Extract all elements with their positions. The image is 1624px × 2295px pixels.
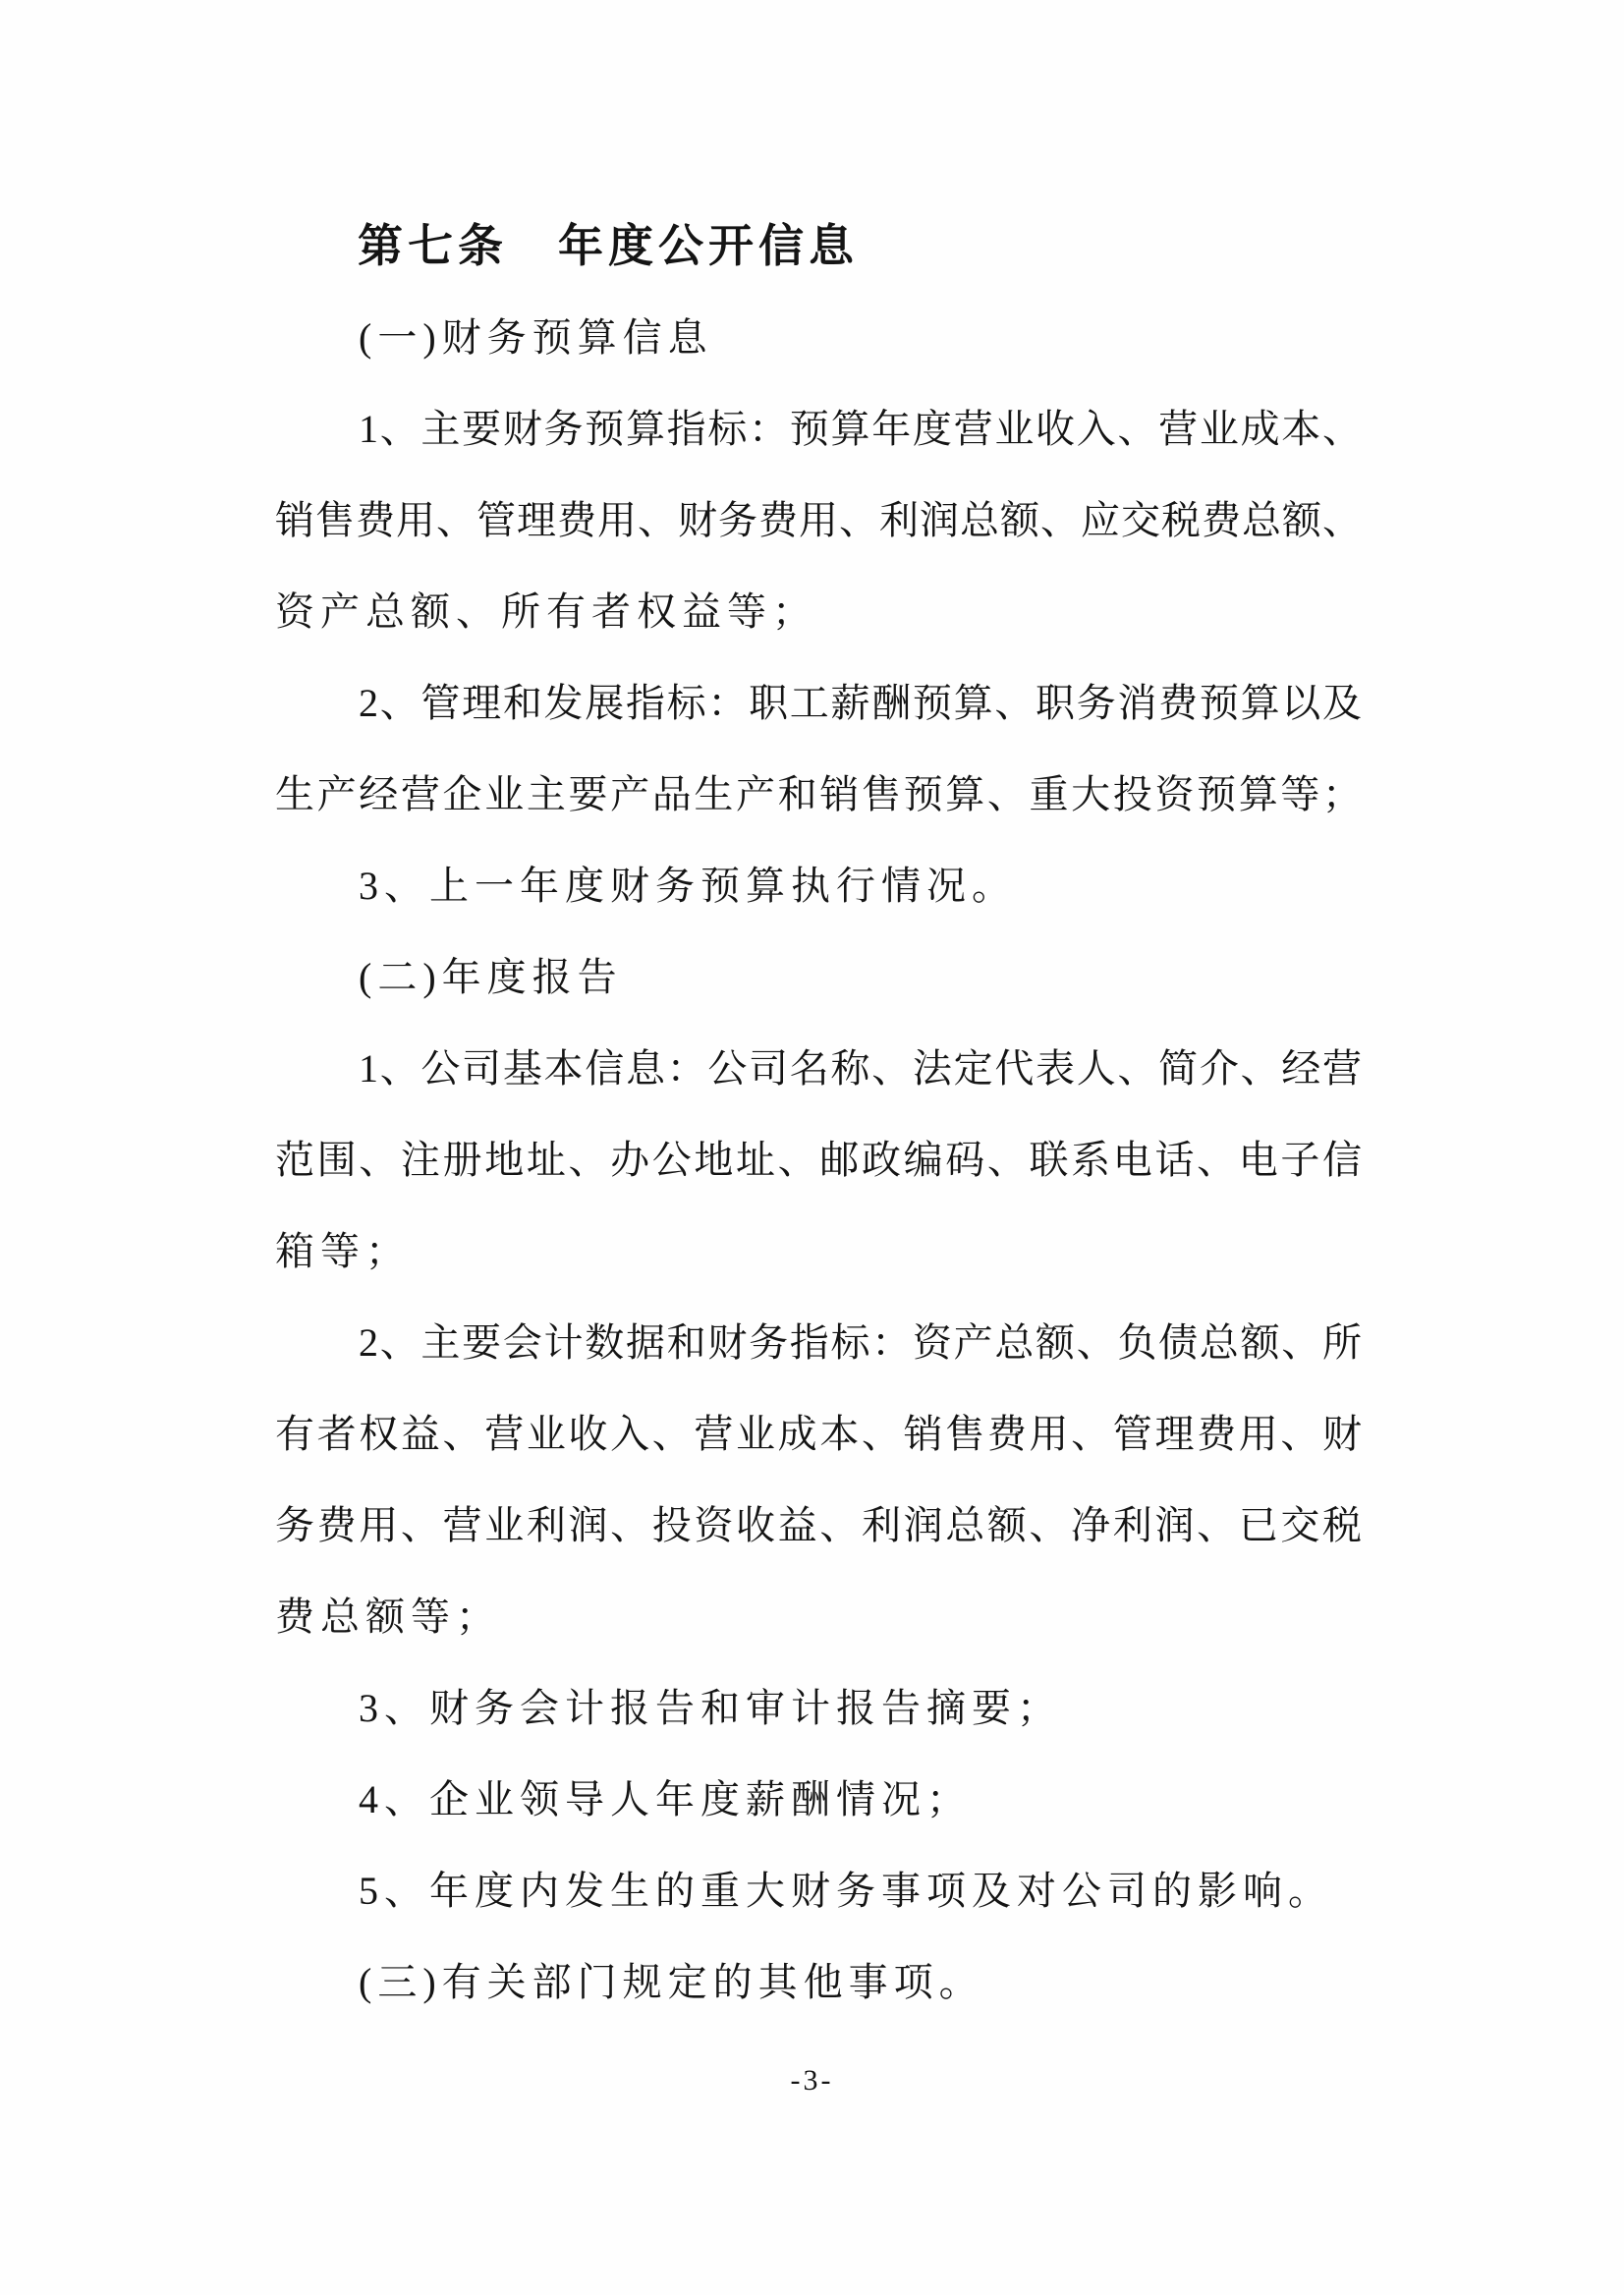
text-line: 1、公司基本信息：公司名称、法定代表人、简介、经营 (275, 1023, 1362, 1114)
text-line: 5、年度内发生的重大财务事项及对公司的影响。 (275, 1845, 1362, 1936)
article-heading: 第七条 年度公开信息 (275, 200, 1362, 292)
text-line: 2、主要会计数据和财务指标：资产总额、负债总额、所 (275, 1297, 1362, 1388)
text-line: 箱等； (275, 1205, 1362, 1297)
document-text-block: 第七条 年度公开信息 (一)财务预算信息1、主要财务预算指标：预算年度营业收入、… (275, 200, 1362, 2028)
text-line: 务费用、营业利润、投资收益、利润总额、净利润、已交税 (275, 1480, 1362, 1571)
page-number: -3- (0, 2061, 1624, 2100)
text-line: 2、管理和发展指标：职工薪酬预算、职务消费预算以及 (275, 657, 1362, 749)
text-line: 1、主要财务预算指标：预算年度营业收入、营业成本、 (275, 383, 1362, 475)
text-line: 资产总额、所有者权益等； (275, 566, 1362, 657)
text-line: 生产经营企业主要产品生产和销售预算、重大投资预算等； (275, 749, 1362, 840)
text-line: 有者权益、营业收入、营业成本、销售费用、管理费用、财 (275, 1388, 1362, 1480)
body-lines: (一)财务预算信息1、主要财务预算指标：预算年度营业收入、营业成本、销售费用、管… (275, 292, 1362, 2028)
text-line: 销售费用、管理费用、财务费用、利润总额、应交税费总额、 (275, 475, 1362, 566)
text-line: 3、上一年度财务预算执行情况。 (275, 840, 1362, 931)
text-line: (三)有关部门规定的其他事项。 (275, 1936, 1362, 2028)
document-page: 第七条 年度公开信息 (一)财务预算信息1、主要财务预算指标：预算年度营业收入、… (0, 0, 1624, 2295)
text-line: 3、财务会计报告和审计报告摘要； (275, 1662, 1362, 1754)
text-line: 费总额等； (275, 1571, 1362, 1662)
text-line: 4、企业领导人年度薪酬情况； (275, 1754, 1362, 1845)
text-line: (二)年度报告 (275, 931, 1362, 1023)
text-line: (一)财务预算信息 (275, 292, 1362, 383)
text-line: 范围、注册地址、办公地址、邮政编码、联系电话、电子信 (275, 1114, 1362, 1205)
